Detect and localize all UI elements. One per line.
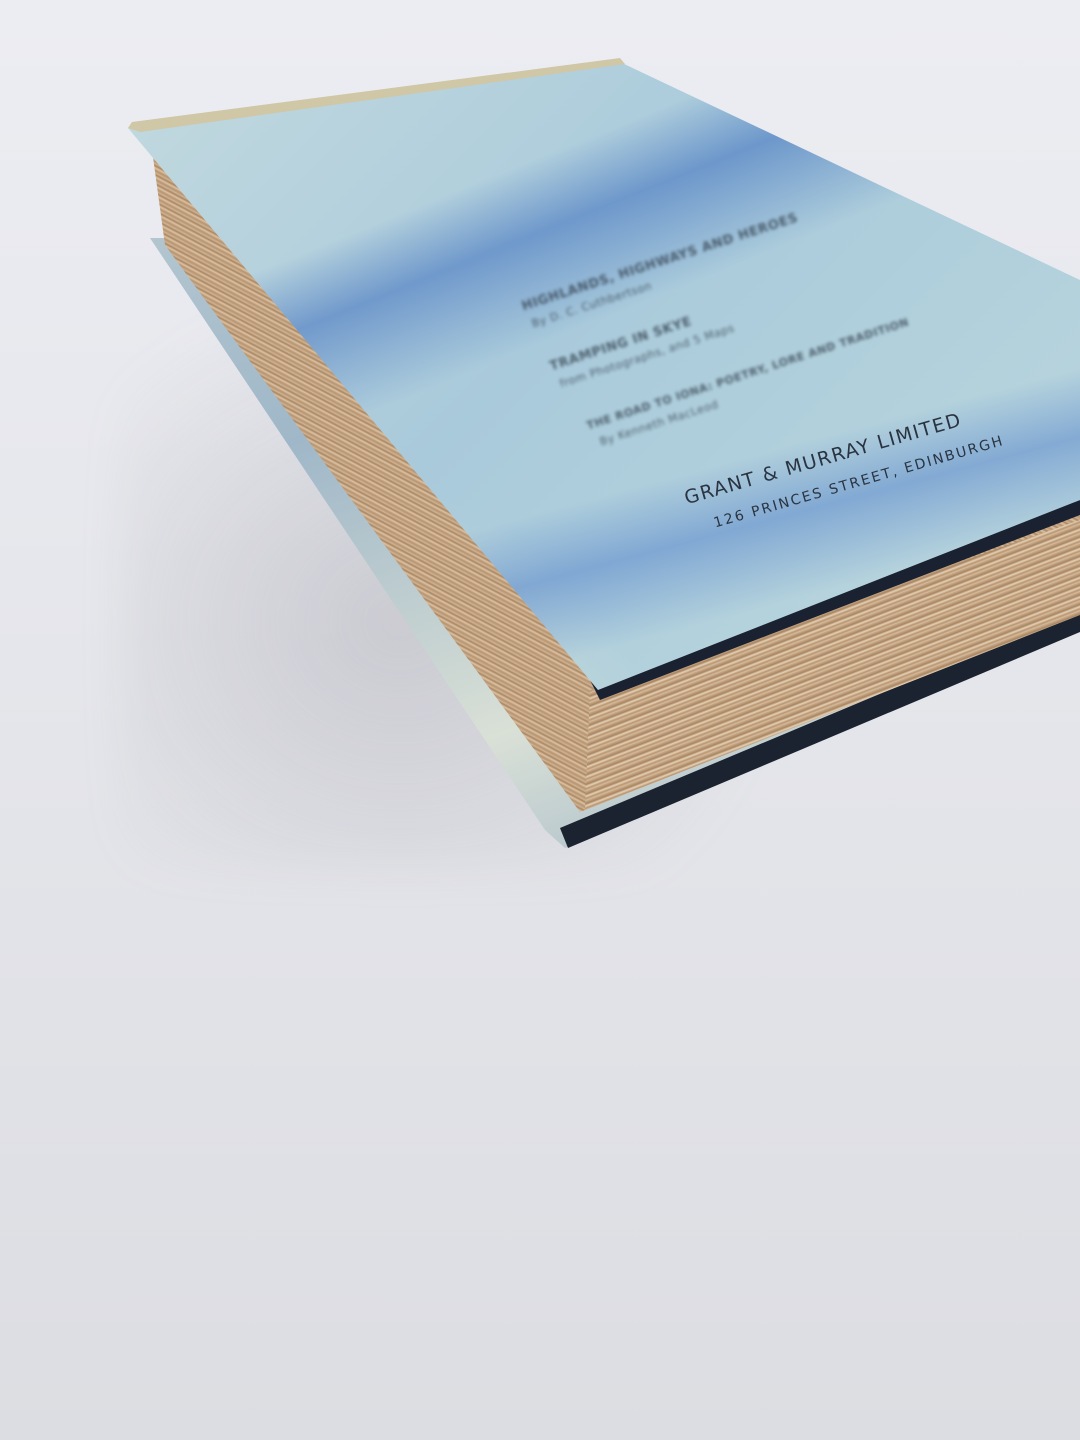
- photo-scene: HIGHLANDS, HIGHWAYS AND HEROES By D. C. …: [0, 0, 1080, 1440]
